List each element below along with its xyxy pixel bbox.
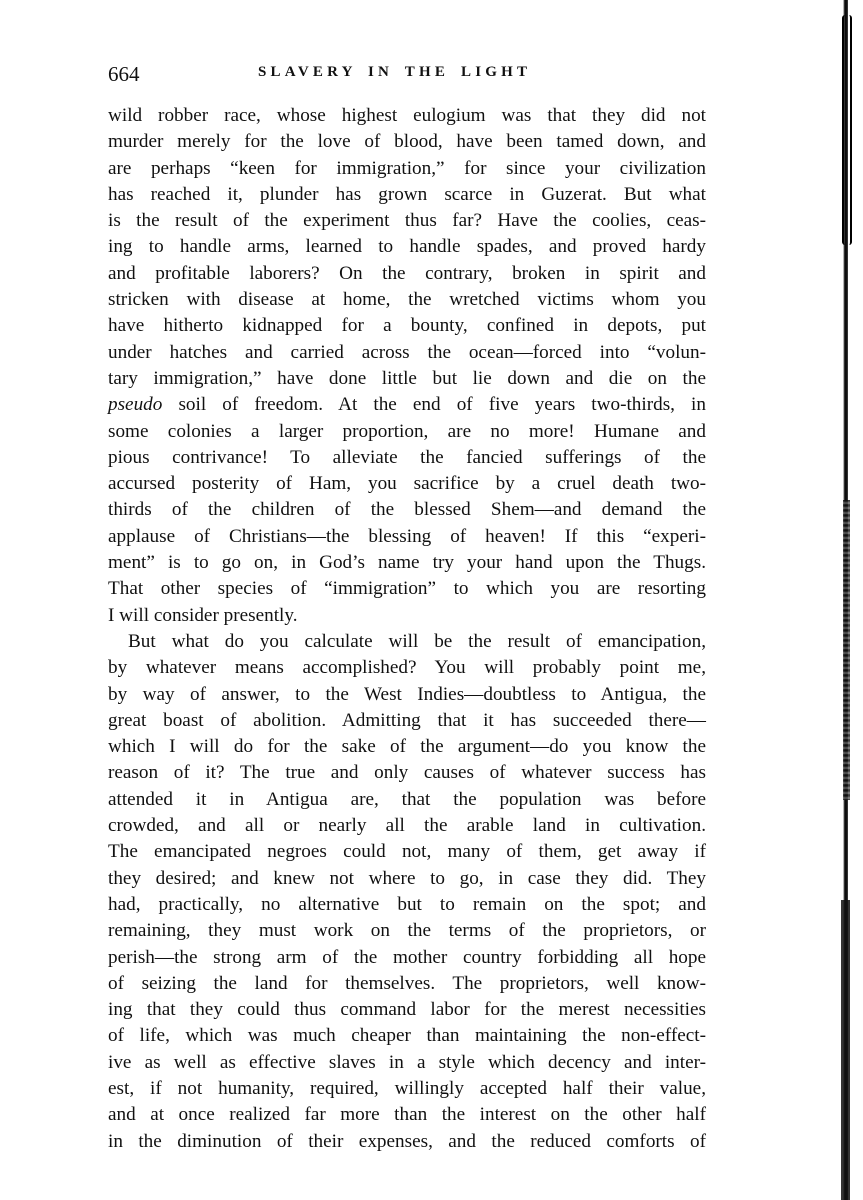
text-line: accursed posterity of Ham, you sacrifice… bbox=[108, 471, 706, 497]
text-line: ing that they could thus command labor f… bbox=[108, 997, 706, 1023]
text-line: murder merely for the love of blood, hav… bbox=[108, 129, 706, 155]
text-line: I will consider presently. bbox=[108, 603, 706, 629]
text-line: some colonies a larger proportion, are n… bbox=[108, 419, 706, 445]
text-line: had, practically, no alternative but to … bbox=[108, 892, 706, 918]
text-line: under hatches and carried across the oce… bbox=[108, 340, 706, 366]
text-line: they desired; and knew not where to go, … bbox=[108, 866, 706, 892]
text-line: ive as well as effective slaves in a sty… bbox=[108, 1050, 706, 1076]
scan-binding-edge-bottom bbox=[841, 900, 850, 1200]
text-line: attended it in Antigua are, that the pop… bbox=[108, 787, 706, 813]
text-line: wild robber race, whose highest eulogium… bbox=[108, 103, 706, 129]
text-line: reason of it? The true and only causes o… bbox=[108, 760, 706, 786]
running-title: SLAVERY IN THE LIGHT bbox=[258, 64, 531, 81]
text-line: tary immigration,” have done little but … bbox=[108, 366, 706, 392]
text-line: ment” is to go on, in God’s name try you… bbox=[108, 550, 706, 576]
text-line: of seizing the land for themselves. The … bbox=[108, 971, 706, 997]
paragraph-1: wild robber race, whose highest eulogium… bbox=[108, 103, 706, 629]
text-line: The emancipated negroes could not, many … bbox=[108, 839, 706, 865]
text-line: is the result of the experiment thus far… bbox=[108, 208, 706, 234]
text-line: pious contrivance! To alleviate the fanc… bbox=[108, 445, 706, 471]
text-line: crowded, and all or nearly all the arabl… bbox=[108, 813, 706, 839]
text-line: est, if not humanity, required, willingl… bbox=[108, 1076, 706, 1102]
text-line-rest: soil of freedom. At the end of five year… bbox=[178, 394, 706, 415]
text-line: great boast of abolition. Admitting that… bbox=[108, 708, 706, 734]
text-line: by whatever means accomplished? You will… bbox=[108, 655, 706, 681]
text-line: has reached it, plunder has grown scarce… bbox=[108, 182, 706, 208]
text-line: have hitherto kidnapped for a bounty, co… bbox=[108, 313, 706, 339]
italic-word: pseudo bbox=[108, 394, 162, 415]
book-page: 664 SLAVERY IN THE LIGHT wild robber rac… bbox=[0, 0, 863, 1200]
body-text: wild robber race, whose highest eulogium… bbox=[108, 103, 706, 1155]
text-line: which I will do for the sake of the argu… bbox=[108, 734, 706, 760]
text-line-with-italic: pseudo soil of freedom. At the end of fi… bbox=[108, 392, 706, 418]
text-line: thirds of the children of the blessed Sh… bbox=[108, 497, 706, 523]
scan-binding-edge-mid bbox=[843, 500, 850, 800]
text-line: perish—the strong arm of the mother coun… bbox=[108, 945, 706, 971]
running-head: 664 SLAVERY IN THE LIGHT bbox=[108, 60, 708, 90]
page-number: 664 bbox=[108, 62, 140, 87]
text-line: applause of Christians—the blessing of h… bbox=[108, 524, 706, 550]
text-line: That other species of “immigration” to w… bbox=[108, 576, 706, 602]
text-line: in the diminution of their expenses, and… bbox=[108, 1129, 706, 1155]
text-line: ing to handle arms, learned to handle sp… bbox=[108, 234, 706, 260]
text-line: stricken with disease at home, the wretc… bbox=[108, 287, 706, 313]
text-line: of life, which was much cheaper than mai… bbox=[108, 1023, 706, 1049]
paragraph-2: But what do you calculate will be the re… bbox=[108, 629, 706, 1155]
text-line: are perhaps “keen for immigration,” for … bbox=[108, 156, 706, 182]
scan-binding-edge-top bbox=[842, 15, 852, 245]
text-line: remaining, they must work on the terms o… bbox=[108, 918, 706, 944]
text-line: and profitable laborers? On the contrary… bbox=[108, 261, 706, 287]
text-line: and at once realized far more than the i… bbox=[108, 1102, 706, 1128]
text-line: by way of answer, to the West Indies—dou… bbox=[108, 682, 706, 708]
text-line: But what do you calculate will be the re… bbox=[108, 629, 706, 655]
